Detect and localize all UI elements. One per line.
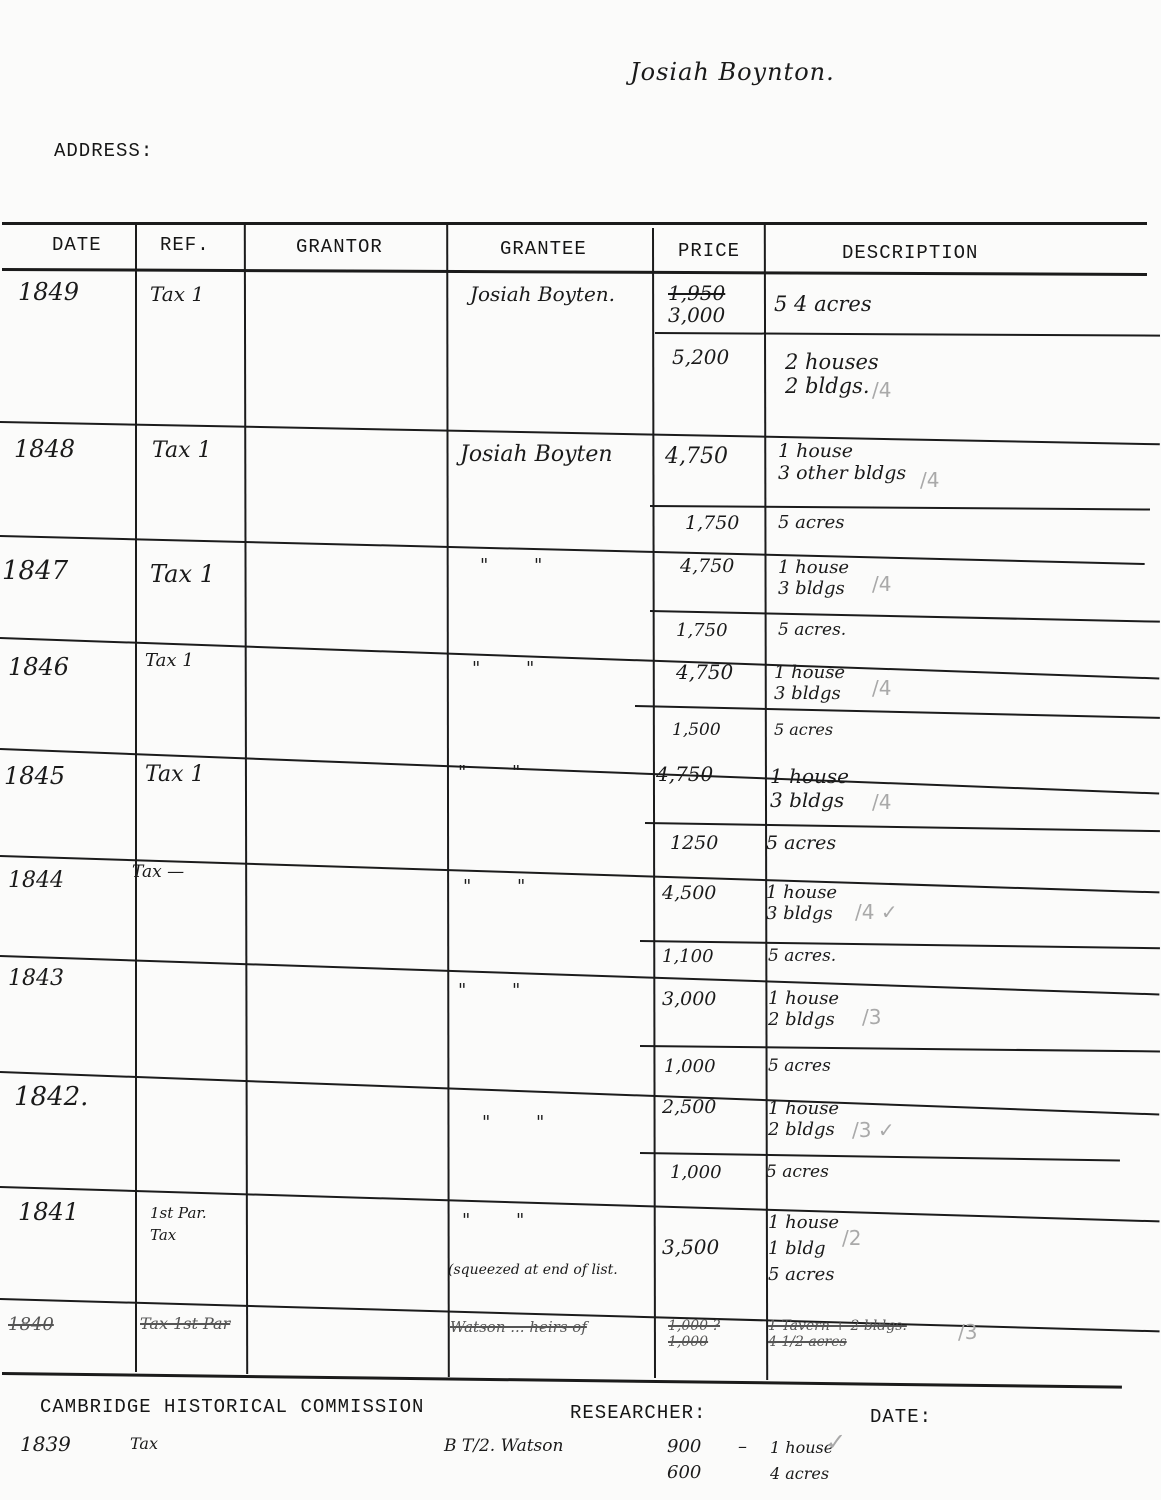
- cell-description: 5 acres: [766, 832, 836, 854]
- sub-row-rule: [650, 505, 1150, 510]
- tally-mark: /4: [872, 572, 891, 596]
- cell-date: 1846: [8, 653, 69, 681]
- cell-price: 1250: [670, 832, 718, 854]
- cell-grantee: Watson ... heirs of: [450, 1318, 587, 1336]
- cell-price: 4,500: [662, 882, 716, 904]
- cell-grantee: Josiah Boyten: [460, 442, 613, 467]
- tally-mark: /4: [872, 790, 891, 814]
- cell-price: 3,000: [662, 988, 716, 1010]
- note-price: 600: [667, 1462, 701, 1483]
- sub-row-rule: [645, 822, 1160, 832]
- cell-price: 1,000 ? 1,000: [668, 1318, 738, 1350]
- note-ref: Tax: [130, 1434, 158, 1453]
- cell-date: 1848: [14, 435, 75, 463]
- row-rule: [0, 1071, 1159, 1116]
- org-name: CAMBRIDGE HISTORICAL COMMISSION: [40, 1396, 424, 1418]
- sub-row-rule: [635, 705, 1160, 719]
- cell-ref: Tax 1: [152, 438, 211, 463]
- cell-description: 1 house3 bldgs: [778, 557, 878, 599]
- cell-price: 1,750: [685, 512, 739, 534]
- row-rule: [0, 955, 1159, 995]
- cell-description: 5 acres.: [778, 620, 846, 640]
- col-divider: [244, 222, 248, 1374]
- cell-description: 1 Tavern + 2 bldgs.4 1/2 acres: [768, 1318, 928, 1350]
- col-header-ref: REF.: [160, 234, 210, 256]
- cell-description: 5 acres: [768, 1056, 831, 1076]
- col-header-grantor: GRANTOR: [296, 236, 383, 258]
- col-header-date: DATE: [52, 234, 102, 256]
- cell-price: 1,000: [670, 1162, 722, 1183]
- address-label: ADDRESS:: [54, 140, 153, 162]
- cell-description: 5 4 acres: [774, 292, 872, 316]
- cell-ref: 1st Par.Tax: [150, 1202, 230, 1246]
- cell-price: 3,500: [662, 1235, 719, 1259]
- cell-date: 1844: [8, 868, 64, 893]
- cell-ref: Tax 1: [150, 282, 204, 306]
- cell-ref: Tax 1: [150, 560, 215, 588]
- cell-price: 5,200: [672, 345, 729, 369]
- cell-price: 1,500: [672, 720, 721, 740]
- cell-ref: Tax 1: [145, 762, 204, 787]
- cell-grantee-ditto: " ": [472, 658, 534, 679]
- sub-row-rule: [655, 332, 1160, 337]
- cell-price: 2,500: [662, 1096, 716, 1118]
- owner-name: Josiah Boynton.: [630, 58, 835, 86]
- cell-description: 1 house1 bldg5 acres: [768, 1210, 848, 1288]
- cell-description: 1 house3 bldgs: [774, 662, 874, 704]
- cell-grantee: Josiah Boyten.: [470, 282, 615, 306]
- note-dash: –: [738, 1436, 747, 1457]
- cell-grantee-ditto: " ": [462, 1210, 524, 1231]
- cell-date: 1841: [18, 1198, 79, 1226]
- cell-date: 1840: [8, 1314, 54, 1335]
- cell-price: 1,750: [676, 620, 728, 641]
- col-divider: [135, 222, 137, 1372]
- date-label: DATE:: [870, 1406, 932, 1428]
- tally-mark: /4 ✓: [855, 900, 898, 924]
- cell-date: 1849: [18, 278, 79, 306]
- note-price: 900: [667, 1436, 701, 1457]
- note-date: 1839: [20, 1432, 71, 1456]
- cell-grantee-ditto: " ": [463, 876, 525, 897]
- cell-description: 1 house2 bldgs: [768, 988, 868, 1030]
- cell-description: 5 acres: [774, 720, 833, 739]
- header-bottom-rule: [2, 268, 1147, 276]
- cell-date: 1847: [2, 556, 68, 586]
- cell-description: 5 acres.: [768, 946, 836, 966]
- table-top-rule: [2, 222, 1147, 225]
- tally-mark: /3: [958, 1320, 977, 1344]
- cell-price: 4,750: [665, 444, 728, 469]
- cell-description: 5 acres: [766, 1162, 829, 1182]
- cell-price: 1,100: [662, 946, 714, 967]
- cell-grantee-note: (squeezed at end of list.: [448, 1262, 618, 1278]
- cell-date: 1843: [8, 966, 64, 991]
- tally-mark: /2: [842, 1226, 861, 1250]
- cell-grantee-ditto: " ": [458, 980, 520, 1001]
- tally-mark: /4: [920, 468, 939, 492]
- sub-row-rule: [640, 1045, 1160, 1052]
- cell-grantee-ditto: " ": [480, 555, 542, 576]
- cell-description: 1 house3 bldgs: [770, 764, 870, 812]
- note-desc: 1 house: [770, 1438, 833, 1457]
- cell-price: 1,000: [664, 1056, 716, 1077]
- sub-row-rule: [640, 940, 1160, 949]
- col-header-description: DESCRIPTION: [842, 242, 978, 264]
- cell-description: 1 house3 other bldgs: [778, 440, 918, 484]
- table-bottom-rule: [2, 1372, 1122, 1389]
- cell-description: 5 acres: [778, 512, 844, 533]
- cell-grantee-ditto: " ": [482, 1112, 544, 1133]
- cell-price: 3,000: [668, 303, 725, 327]
- note-desc: 4 acres: [770, 1464, 829, 1483]
- sub-row-rule: [640, 1152, 1120, 1162]
- cell-price-struck: 1,950: [668, 281, 725, 305]
- col-header-price: PRICE: [678, 240, 740, 262]
- cell-price: 4,750: [680, 555, 734, 577]
- tally-mark: /4: [872, 676, 891, 700]
- cell-date: 1845: [4, 762, 65, 790]
- tally-mark: /3: [862, 1005, 881, 1029]
- col-divider: [764, 225, 768, 1380]
- cell-description: 1 house3 bldgs: [766, 882, 866, 924]
- cell-ref: Tax —: [132, 862, 184, 882]
- tally-mark: /3 ✓: [852, 1118, 895, 1142]
- cell-ref: Tax 1: [145, 650, 194, 671]
- col-divider: [446, 222, 450, 1377]
- cell-date: 1842.: [14, 1082, 88, 1112]
- researcher-label: RESEARCHER:: [570, 1402, 706, 1424]
- note-grantee: B T/2. Watson: [444, 1436, 563, 1456]
- cell-price: 4,750: [656, 762, 713, 786]
- check-icon: ✓: [826, 1428, 846, 1456]
- col-header-grantee: GRANTEE: [500, 238, 587, 260]
- tally-mark: /4: [872, 378, 891, 402]
- cell-grantee-ditto: " ": [458, 762, 520, 783]
- cell-ref: Tax 1st Par: [140, 1314, 230, 1333]
- cell-price: 4,750: [676, 660, 733, 684]
